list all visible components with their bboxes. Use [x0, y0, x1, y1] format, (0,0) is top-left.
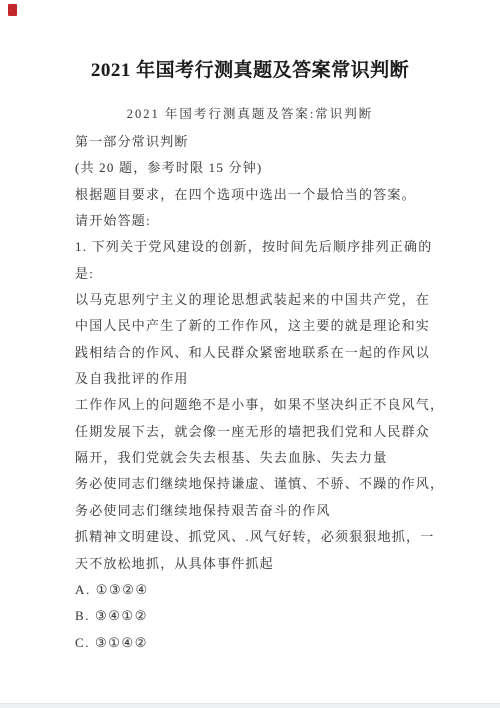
option-b: B. ③④①②	[75, 603, 440, 629]
question-stem-line-1: 1. 下列关于党风建设的创新，按时间先后顺序排列正确的	[75, 234, 440, 260]
question-statement-line: 践相结合的作风、和人民群众紧密地联系在一起的作风以	[75, 340, 440, 366]
document-title: 2021 年国考行测真题及答案常识判断	[0, 57, 500, 85]
question-statement-line: 任期发展下去，就会像一座无形的墙把我们党和人民群众	[75, 419, 440, 445]
document-body: 第一部分常识判断 (共 20 题，参考时限 15 分钟) 根据题目要求，在四个选…	[75, 129, 440, 656]
section-heading: 第一部分常识判断	[75, 129, 440, 155]
question-statement-line: 天不放松地抓，从具体事件抓起	[75, 551, 440, 577]
question-statement-line: 中国人民中产生了新的工作作风，这主要的就是理论和实	[75, 313, 440, 339]
question-statement-line: 工作作风上的问题绝不是小事，如果不坚决纠正不良风气，	[75, 392, 440, 418]
page-bottom-edge	[0, 703, 500, 708]
question-statement-line: 务必使同志们继续地保持艰苦奋斗的作风	[75, 498, 440, 524]
question-statement-line: 务必使同志们继续地保持谦虚、谨慎、不骄、不躁的作风，	[75, 471, 440, 497]
start-prompt: 请开始答题:	[75, 208, 440, 234]
question-statement-line: 及自我批评的作用	[75, 366, 440, 392]
question-statement-line: 以马克思列宁主义的理论思想武装起来的中国共产党，在	[75, 287, 440, 313]
document-page: 2021 年国考行测真题及答案常识判断 2021 年国考行测真题及答案:常识判断…	[0, 0, 500, 708]
section-meta: (共 20 题，参考时限 15 分钟)	[75, 155, 440, 181]
question-stem-line-2: 是:	[75, 261, 440, 287]
option-c: C. ③①④②	[75, 630, 440, 656]
option-a: A. ①③②④	[75, 577, 440, 603]
question-statement-line: 隔开，我们党就会失去根基、失去血脉、失去力量	[75, 445, 440, 471]
red-corner-mark-icon	[8, 4, 17, 16]
question-statement-line: 抓精神文明建设、抓党风、.风气好转，必须狠狠地抓，一	[75, 524, 440, 550]
instruction-line: 根据题目要求，在四个选项中选出一个最恰当的答案。	[75, 182, 440, 208]
document-subtitle: 2021 年国考行测真题及答案:常识判断	[0, 104, 500, 124]
